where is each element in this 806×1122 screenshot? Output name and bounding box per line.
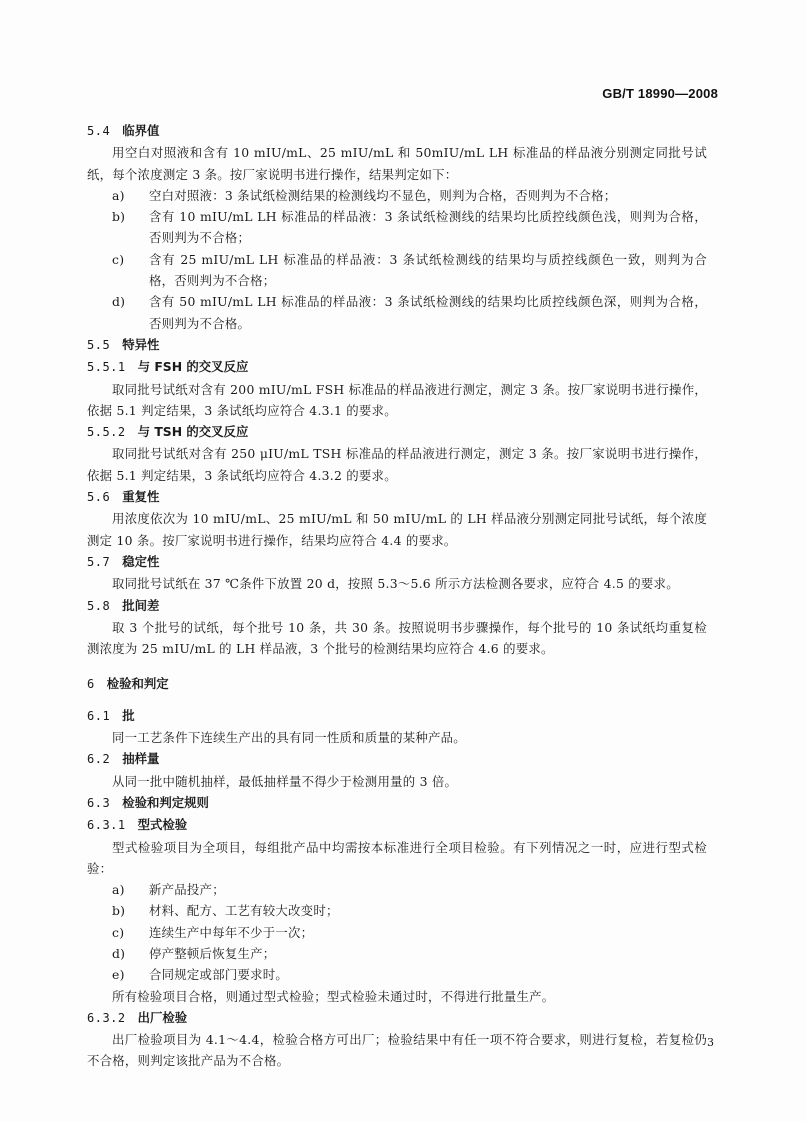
heading-title: 批间差 xyxy=(122,598,159,613)
list-item-6-3-1-b: b) 材料、配方、工艺有较大改变时； xyxy=(87,900,707,921)
heading-6-1: 6.1批 xyxy=(87,705,707,727)
list-item-text: 含有 10 mIU/mL LH 标准品的样品液：3 条试纸检测线的结果均比质控线… xyxy=(149,209,707,245)
standard-code-header: GB/T 18990—2008 xyxy=(602,86,718,101)
heading-6-3-2: 6.3.2出厂检验 xyxy=(87,1007,707,1029)
list-item-text: 停产整顿后恢复生产； xyxy=(149,946,275,961)
heading-title: 特异性 xyxy=(122,337,159,352)
heading-5-8: 5.8批间差 xyxy=(87,595,707,617)
heading-number: 5.4 xyxy=(87,121,110,142)
page-number: 3 xyxy=(707,1036,714,1049)
list-marker: b) xyxy=(112,900,125,921)
heading-number: 6.3 xyxy=(87,793,110,814)
paragraph-5-7: 取同批号试纸在 37 ℃条件下放置 20 d，按照 5.3～5.6 所示方法检测… xyxy=(87,573,707,594)
heading-number: 5.5 xyxy=(87,335,110,356)
list-marker: e) xyxy=(112,964,125,985)
paragraph-6-3-1-outro: 所有检验项目合格，则通过型式检验；型式检验未通过时，不得进行批量生产。 xyxy=(87,986,707,1007)
list-item-5-4-a: a) 空白对照液：3 条试纸检测结果的检测线均不显色，则判为合格，否则判为不合格… xyxy=(87,185,707,206)
heading-number: 5.5.1 xyxy=(87,357,126,378)
heading-title: 抽样量 xyxy=(122,751,159,766)
list-item-text: 空白对照液：3 条试纸检测结果的检测线均不显色，则判为合格，否则判为不合格； xyxy=(149,188,616,203)
list-item-text: 合同规定或部门要求时。 xyxy=(149,967,288,982)
paragraph-6-3-2: 出厂检验项目为 4.1～4.4，检验合格方可出厂；检验结果中有任一项不符合要求，… xyxy=(87,1029,707,1072)
heading-5-6: 5.6重复性 xyxy=(87,486,707,508)
paragraph-6-3-1-intro: 型式检验项目为全项目，每组批产品中均需按本标准进行全项目检验。有下列情况之一时，… xyxy=(87,837,707,880)
list-item-text: 含有 50 mIU/mL LH 标准品的样品液：3 条试纸检测线的结果均比质控线… xyxy=(149,294,707,330)
heading-6-2: 6.2抽样量 xyxy=(87,748,707,770)
heading-title: 重复性 xyxy=(122,489,159,504)
list-marker: d) xyxy=(112,291,125,312)
paragraph-5-8: 取 3 个批号的试纸，每个批号 10 条，共 30 条。按照说明书步骤操作，每个… xyxy=(87,617,707,660)
paragraph-5-5-1: 取同批号试纸对含有 200 mIU/mL FSH 标准品的样品液进行测定，测定 … xyxy=(87,379,707,422)
paragraph-5-6: 用浓度依次为 10 mIU/mL、25 mIU/mL 和 50 mIU/mL 的… xyxy=(87,508,707,551)
list-item-5-4-d: d) 含有 50 mIU/mL LH 标准品的样品液：3 条试纸检测线的结果均比… xyxy=(87,291,707,334)
heading-number: 5.8 xyxy=(87,596,110,617)
list-item-text: 新产品投产； xyxy=(149,882,225,897)
spacer xyxy=(87,696,707,705)
heading-6-3: 6.3检验和判定规则 xyxy=(87,792,707,814)
list-item-6-3-1-a: a) 新产品投产； xyxy=(87,879,707,900)
heading-5-5: 5.5特异性 xyxy=(87,334,707,356)
heading-number: 5.6 xyxy=(87,487,110,508)
heading-title: 临界值 xyxy=(122,123,159,138)
heading-number: 6 xyxy=(87,674,95,695)
list-marker: a) xyxy=(112,185,125,206)
heading-title: 检验和判定 xyxy=(107,676,169,691)
spacer xyxy=(87,659,707,673)
list-marker: b) xyxy=(112,206,125,227)
list-marker: c) xyxy=(112,249,124,270)
paragraph-6-2: 从同一批中随机抽样，最低抽样量不得少于检测用量的 3 倍。 xyxy=(87,771,707,792)
heading-5-5-2: 5.5.2与 TSH 的交叉反应 xyxy=(87,421,707,443)
list-item-6-3-1-c: c) 连续生产中每年不少于一次； xyxy=(87,922,707,943)
document-page: GB/T 18990—2008 5.4临界值 用空白对照液和含有 10 mIU/… xyxy=(0,0,806,1122)
list-marker: a) xyxy=(112,879,125,900)
list-item-text: 连续生产中每年不少于一次； xyxy=(149,925,313,940)
list-item-text: 材料、配方、工艺有较大改变时； xyxy=(149,903,339,918)
heading-number: 6.2 xyxy=(87,749,110,770)
heading-5-4: 5.4临界值 xyxy=(87,120,707,142)
paragraph-5-5-2: 取同批号试纸对含有 250 μIU/mL TSH 标准品的样品液进行测定，测定 … xyxy=(87,443,707,486)
heading-title: 与 TSH 的交叉反应 xyxy=(138,424,249,439)
list-item-6-3-1-e: e) 合同规定或部门要求时。 xyxy=(87,964,707,985)
heading-title: 检验和判定规则 xyxy=(122,795,209,810)
list-marker: c) xyxy=(112,922,124,943)
heading-title: 出厂检验 xyxy=(138,1010,188,1025)
heading-title: 批 xyxy=(122,708,134,723)
paragraph-6-1: 同一工艺条件下连续生产出的具有同一性质和质量的某种产品。 xyxy=(87,727,707,748)
heading-number: 6.1 xyxy=(87,706,110,727)
document-body: 5.4临界值 用空白对照液和含有 10 mIU/mL、25 mIU/mL 和 5… xyxy=(87,120,707,1072)
heading-number: 6.3.2 xyxy=(87,1008,126,1029)
heading-title: 与 FSH 的交叉反应 xyxy=(138,359,249,374)
list-item-5-4-c: c) 含有 25 mIU/mL LH 标准品的样品液：3 条试纸检测线的结果均与… xyxy=(87,249,707,292)
heading-6: 6检验和判定 xyxy=(87,673,707,695)
list-marker: d) xyxy=(112,943,125,964)
heading-5-5-1: 5.5.1与 FSH 的交叉反应 xyxy=(87,356,707,378)
list-item-text: 含有 25 mIU/mL LH 标准品的样品液：3 条试纸检测线的结果均与质控线… xyxy=(149,252,707,288)
heading-title: 型式检验 xyxy=(138,817,188,832)
heading-6-3-1: 6.3.1型式检验 xyxy=(87,814,707,836)
list-item-5-4-b: b) 含有 10 mIU/mL LH 标准品的样品液：3 条试纸检测线的结果均比… xyxy=(87,206,707,249)
heading-title: 稳定性 xyxy=(122,554,159,569)
list-item-6-3-1-d: d) 停产整顿后恢复生产； xyxy=(87,943,707,964)
heading-number: 6.3.1 xyxy=(87,815,126,836)
heading-5-7: 5.7稳定性 xyxy=(87,551,707,573)
paragraph-5-4-intro: 用空白对照液和含有 10 mIU/mL、25 mIU/mL 和 50mIU/mL… xyxy=(87,142,707,185)
heading-number: 5.7 xyxy=(87,552,110,573)
heading-number: 5.5.2 xyxy=(87,422,126,443)
